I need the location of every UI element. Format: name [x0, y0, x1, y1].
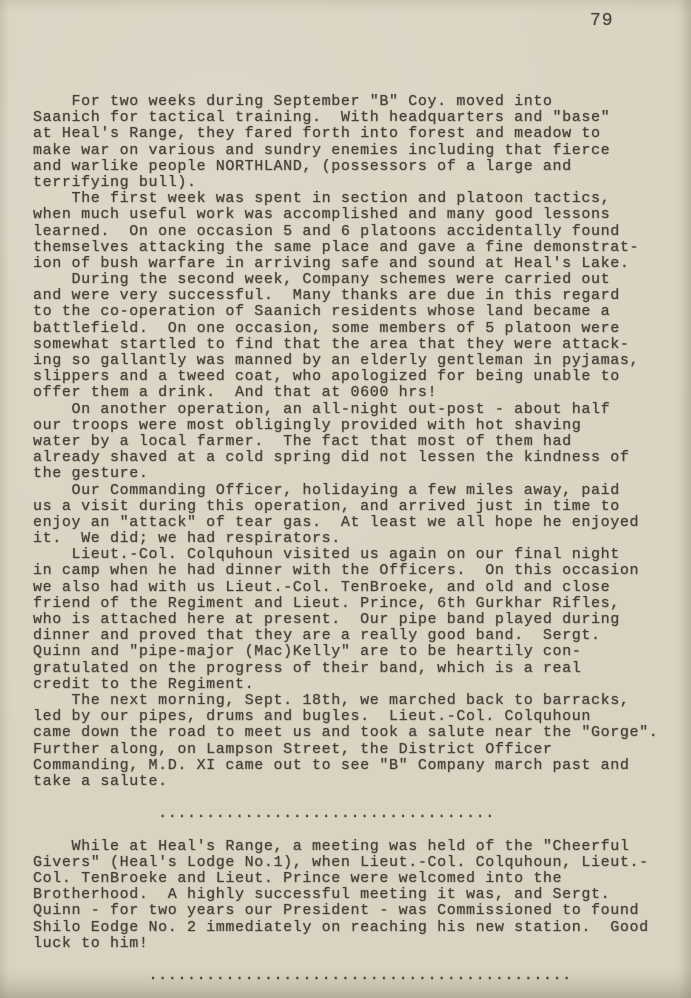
text-line: Givers" (Heal's Lodge No.1), when Lieut.…: [33, 855, 658, 871]
text-line: During the second week, Company schemes …: [33, 272, 658, 288]
text-line: Col. TenBroeke and Lieut. Prince were we…: [33, 871, 658, 887]
text-line: Quinn and "pipe-major (Mac)Kelly" are to…: [33, 644, 658, 660]
text-line: The first week was spent in section and …: [33, 191, 658, 207]
text-line: in camp when he had dinner with the Offi…: [33, 563, 658, 579]
text-line: terrifying bull).: [33, 175, 658, 191]
text-line: Quinn - for two years our President - wa…: [33, 903, 658, 919]
page-number: 79: [590, 11, 614, 31]
text-line: The next morning, Sept. 18th, we marched…: [33, 693, 658, 709]
text-line: Lieut.-Col. Colquhoun visited us again o…: [33, 547, 658, 563]
text-line: gratulated on the progress of their band…: [33, 661, 658, 677]
text-line: to the co-operation of Saanich residents…: [33, 304, 658, 320]
text-line: Saanich for tactical training. With head…: [33, 110, 658, 126]
text-line: Commanding, M.D. XI came out to see "B" …: [33, 758, 658, 774]
text-line: ing so gallantly was manned by an elderl…: [33, 353, 658, 369]
text-line: our troops were most obligingly provided…: [33, 418, 658, 434]
text-line: Brotherhood. A highly successful meeting…: [33, 887, 658, 903]
text-line: when much useful work was accomplished a…: [33, 207, 658, 223]
text-line: it. We did; we had respirators.: [33, 531, 658, 547]
document-page: 79 For two weeks during September "B" Co…: [0, 0, 691, 998]
text-line: Shilo Eodge No. 2 immediately on reachin…: [33, 920, 658, 936]
text-line: Our Commanding Officer, holidaying a few…: [33, 483, 658, 499]
text-line: we also had with us Lieut.-Col. TenBroek…: [33, 580, 658, 596]
text-line: Further along, on Lampson Street, the Di…: [33, 742, 658, 758]
text-line: water by a local farmer. The fact that m…: [33, 434, 658, 450]
text-line: [33, 952, 658, 968]
text-line: who is attached here at present. Our pip…: [33, 612, 658, 628]
text-line: themselves attacking the same place and …: [33, 240, 658, 256]
text-line: already shaved at a cold spring did not …: [33, 450, 658, 466]
text-line: enjoy an "attack" of tear gas. At least …: [33, 515, 658, 531]
text-line: make war on various and sundry enemies i…: [33, 143, 658, 159]
text-line: credit to the Regiment.: [33, 677, 658, 693]
text-line: friend of the Regiment and Lieut. Prince…: [33, 596, 658, 612]
text-line: On another operation, an all-night out-p…: [33, 402, 658, 418]
dotted-divider: ........................................…: [33, 968, 658, 984]
text-line: us a visit during this operation, and ar…: [33, 499, 658, 515]
dotted-divider: ...................................: [33, 806, 658, 822]
text-line: luck to him!: [33, 936, 658, 952]
text-line: at Heal's Range, they fared forth into f…: [33, 126, 658, 142]
text-line: led by our pipes, drums and bugles. Lieu…: [33, 709, 658, 725]
text-line: [33, 822, 658, 838]
text-line: slippers and a tweed coat, who apologize…: [33, 369, 658, 385]
text-line: offer them a drink. And that at 0600 hrs…: [33, 385, 658, 401]
text-line: the gesture.: [33, 466, 658, 482]
text-line: somewhat startled to find that the area …: [33, 337, 658, 353]
text-line: dinner and proved that they are a really…: [33, 628, 658, 644]
text-line: ion of bush warfare in arriving safe and…: [33, 256, 658, 272]
text-line: learned. On one occasion 5 and 6 platoon…: [33, 224, 658, 240]
text-line: and were very successful. Many thanks ar…: [33, 288, 658, 304]
text-line: came down the road to meet us and took a…: [33, 725, 658, 741]
text-line: For two weeks during September "B" Coy. …: [33, 94, 658, 110]
text-line: While at Heal's Range, a meeting was hel…: [33, 839, 658, 855]
typewritten-body: For two weeks during September "B" Coy. …: [33, 94, 658, 984]
text-line: and warlike people NORTHLAND, (possessor…: [33, 159, 658, 175]
text-line: battlefield. On one occasion, some membe…: [33, 321, 658, 337]
text-line: take a salute.: [33, 774, 658, 790]
text-line: [33, 790, 658, 806]
